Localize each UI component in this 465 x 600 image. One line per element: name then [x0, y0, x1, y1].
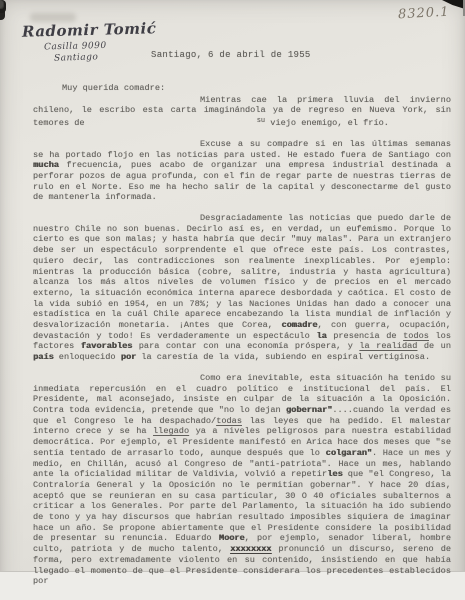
scanned-letter-page: 8320.1 Radomir Tomić Casilla 9090 Santia… [0, 0, 465, 600]
paragraph-apology: Excuse a su compadre si en las últimas s… [33, 139, 451, 203]
paragraph-economy: Desgraciadamente las noticias que puedo … [33, 213, 451, 363]
letterhead-city: Santiago [54, 50, 157, 64]
letterhead: Radomir Tomić Casilla 9090 Santiago [22, 21, 156, 62]
letter-body: Muy querida comadre: Mientras cae la pri… [33, 83, 451, 597]
paragraph-politics: Como era inevitable, esta situación ha t… [33, 373, 451, 587]
letterhead-name: Radomir Tomić [22, 19, 157, 41]
handwritten-catalog-number: 8320.1 [397, 5, 449, 23]
paragraph-opening: Mientras cae la primera lluvia del invie… [33, 95, 451, 129]
dateline: Santiago, 6 de abril de 1955 [151, 50, 311, 60]
salutation: Muy querida comadre: [62, 83, 451, 94]
